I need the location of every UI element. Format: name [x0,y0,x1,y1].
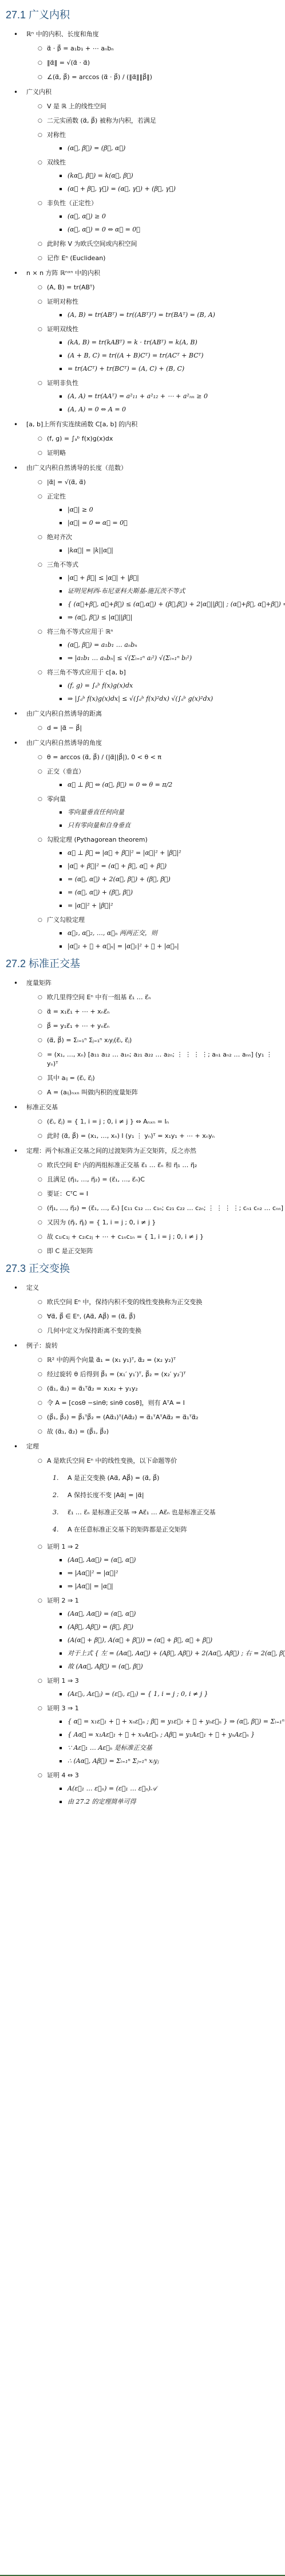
detail-item: (Aε⃗ᵢ, Aε⃗ⱼ) = (ε⃗ᵢ, ε⃗ⱼ) = { 1, i = j ;… [47,1690,285,1699]
formula: (kα⃗, β⃗) = k(α⃗, β⃗) [68,172,133,179]
subtopic-label: (f, g) = ∫ₐᵇ f(x)g(x)dx [47,435,113,442]
subtopic-label: 证明对称性 [47,298,78,305]
detail-item: = |α⃗|² + |β⃗|² [47,901,285,910]
subtopic-label: 正交（垂直） [47,768,85,775]
numbered-item-text: A 在任意标准正交基下的矩阵都是正交矩阵 [68,1526,187,1533]
subtopic-label: ∀α⃗, β⃗ ∈ Eⁿ, (Aα⃗, Aβ⃗) = (α⃗, β⃗) [47,1313,136,1320]
detail-item: (A, A) = 0 ⇔ A = 0 [47,405,285,414]
formula: A(ε⃗₁ … ε⃗ₙ) = (ε⃗₁ … ε⃗ₙ)𝒜 [68,1785,156,1792]
subtopic-label: 欧几里得空间 Eⁿ 中有一组基 ε⃗₁ … ε⃗ₙ [47,994,151,1001]
formula: |α⃗₁ + ⋯ + α⃗ₙ| = |α⃗₁|² + ⋯ + |α⃗ₙ| [68,943,179,950]
subtopic-item: 证明对称性(A, B) = tr(ABᵀ) = tr((ABᵀ)ᵀ) = tr(… [26,297,285,320]
subtopic-item: ∀α⃗, β⃗ ∈ Eⁿ, (Aα⃗, Aβ⃗) = (α⃗, β⃗) [26,1312,285,1321]
subtopic-list: |α⃗| = √(α⃗, α⃗)正定性|α⃗| ≥ 0|α⃗| = 0 ⇔ α⃗… [26,478,285,704]
subtopic-item: 欧氏空间 Eⁿ 中，保持内积不变的线性变换称为正交变换 [26,1298,285,1307]
detail-list: A(ε⃗₁ … ε⃗ₙ) = (ε⃗₁ … ε⃗ₙ)𝒜由 27.2 的定理简单可… [47,1784,285,1807]
formula: ⇒ |Aα⃗|² = |α⃗|² [68,1569,118,1577]
subtopic-list: (ε⃗ᵢ, ε⃗ⱼ) = { 1, i = j ; 0, i ≠ j } ⇔ A… [26,1117,285,1141]
subtopic-item: = (x₁, …, xₙ) [a₁₁ a₁₂ … a₁ₙ; a₂₁ a₂₂ … … [26,1050,285,1069]
formula: = tr(ACᵀ) + tr(BCᵀ) = (A, C) + (B, C) [68,365,184,372]
formula: (Aε⃗ᵢ, Aε⃗ⱼ) = (ε⃗ᵢ, ε⃗ⱼ) = { 1, i = j ;… [68,1690,208,1698]
detail-item: (α⃗, α⃗) ≥ 0 [47,212,285,221]
detail-item: (kα⃗, β⃗) = k(α⃗, β⃗) [47,171,285,180]
subtopic-label: 对称性 [47,131,66,139]
subtopic-item: 证明非负性(A, A) = tr(AAᵀ) = a²₁₁ + a²₁₂ + ⋯ … [26,379,285,414]
subtopic-item: 广义勾股定理α⃗₁, α⃗₂, …, α⃗ₙ 两两正交，则|α⃗₁ + ⋯ + … [26,916,285,951]
topic-label: 度量矩阵 [26,979,52,987]
formula: { (α⃗+β⃗, α⃗+β⃗) ≤ (α⃗,α⃗) + (β⃗,β⃗) + 2… [68,600,285,608]
subtopic-label: (α⃗, β⃗) = Σᵢ₌₁ⁿ Σⱼ₌₁ⁿ xᵢyⱼ(ε⃗ᵢ, ε⃗ⱼ) [47,1036,132,1044]
detail-item: 故 (Aα⃗, Aβ⃗) = (α⃗, β⃗) [47,1662,285,1671]
subtopic-label: 正定性 [47,493,66,500]
detail-list: (Aα⃗, Aα⃗) = (α⃗, α⃗)(Aβ⃗, Aβ⃗) = (β⃗, β… [47,1609,285,1671]
subtopic-item: (α⃗, β⃗) = Σᵢ₌₁ⁿ Σⱼ₌₁ⁿ xᵢyⱼ(ε⃗ᵢ, ε⃗ⱼ) [26,1036,285,1045]
subtopic-item: 且满足 (η⃗₁, …, η⃗₂) = (ε⃗₁, …, ε⃗ₙ)C [26,1175,285,1184]
subtopic-item: (ε⃗ᵢ, ε⃗ⱼ) = { 1, i = j ; 0, i ≠ j } ⇔ A… [26,1117,285,1126]
detail-item: (f, g) = ∫ₐᵇ f(x)g(x)dx [47,681,285,690]
subtopic-label: 三角不等式 [47,561,78,568]
subtopic-item: 正定性|α⃗| ≥ 0|α⃗| = 0 ⇔ α⃗ = 0⃗ [26,492,285,528]
subtopic-list: 欧氏空间 Eⁿ 内的两组标准正交基 ε⃗₁ … ε⃗ₙ 和 η⃗₁ … η⃗₂且… [26,1161,285,1256]
detail-list: (Aα⃗, Aα⃗) = (α⃗, α⃗)⇒ |Aα⃗|² = |α⃗|²⇒ |… [47,1556,285,1591]
subtopic-item: 绝对齐次|kα⃗| = |k||α⃗| [26,533,285,555]
subtopic-label: 经过旋转 θ 后得到 β⃗₁ = (x₁′ y₁′)ᵀ, β⃗₂ = (x₂′ … [47,1371,186,1378]
subtopic-label: (A, B) = tr(ABᵀ) [47,284,95,291]
subtopic-item: 即 C 是正交矩阵 [26,1247,285,1256]
formula: (kA, B) = tr(kABᵀ) = k · tr(ABᵀ) = k(A, … [68,339,197,346]
detail-item: 零向量垂直任何向量 [47,808,285,817]
subtopic-list: A 是欧氏空间 Eⁿ 中的线性变换，以下命题等价1.A 是正交变换 (Aα⃗, … [26,1456,285,1807]
subtopic-item: 非负性（正定性）(α⃗, α⃗) ≥ 0(α⃗, α⃗) = 0 ⇔ α⃗ = … [26,199,285,234]
subtopic-item: θ = arccos (α⃗, β⃗) / (|α⃗||β⃗|), 0 < θ … [26,753,285,762]
detail-item: { (α⃗+β⃗, α⃗+β⃗) ≤ (α⃗,α⃗) + (β⃗,β⃗) + 2… [47,600,285,609]
subtopic-list: V 是 ℝ 上的线性空间二元实函数 (α⃗, β⃗) 被称为内积，若满足对称性(… [26,102,285,263]
subtopic-label: 二元实函数 (α⃗, β⃗) 被称为内积，若满足 [47,117,156,124]
subtopic-label: α⃗ = x₁ε⃗₁ + ⋯ + xₙε⃗ₙ [47,1008,109,1015]
detail-list: (Aε⃗ᵢ, Aε⃗ⱼ) = (ε⃗ᵢ, ε⃗ⱼ) = { 1, i = j ;… [47,1690,285,1699]
subtopic-item: 证明 1 ⇒ 2(Aα⃗, Aα⃗) = (α⃗, α⃗)⇒ |Aα⃗|² = … [26,1542,285,1591]
subtopic-item: 其中 aᵢⱼ = (ε⃗ᵢ, ε⃗ⱼ) [26,1074,285,1083]
formula: (A + B, C) = tr((A + B)Cᵀ) = tr(ACᵀ + BC… [68,352,204,359]
formula: 零向量垂直任何向量 [68,808,124,816]
subtopic-label: α⃗ · β⃗ = a₁b₁ + ⋯ aₙbₙ [47,45,114,52]
detail-item: ⇒ |Aα⃗| = |α⃗| [47,1582,285,1591]
subtopic-label: 且满足 (η⃗₁, …, η⃗₂) = (ε⃗₁, …, ε⃗ₙ)C [47,1176,145,1183]
subtopic-label: 其中 aᵢⱼ = (ε⃗ᵢ, ε⃗ⱼ) [47,1074,95,1082]
detail-item: (α⃗, α⃗) = 0 ⇔ α⃗ = 0⃗ [47,225,285,234]
detail-list: (α⃗, α⃗) ≥ 0(α⃗, α⃗) = 0 ⇔ α⃗ = 0⃗ [47,212,285,234]
topic-list: 定义欧氏空间 Eⁿ 中，保持内积不变的线性变换称为正交变换∀α⃗, β⃗ ∈ E… [6,1283,285,1807]
subtopic-label: 广义勾股定理 [47,916,85,924]
subtopic-item: 欧几里得空间 Eⁿ 中有一组基 ε⃗₁ … ε⃗ₙ [26,993,285,1002]
numbered-item: 3.ε⃗₁ … ε⃗ₙ 是标准正交基 ⇒ Aε⃗₁ … Aε⃗ₙ 也是标准正交基 [47,1508,285,1517]
subtopic-label: (β⃗₁, β⃗₂) = β⃗₁ᵀβ⃗₂ = (Aα⃗₁)ᵀ(Aα⃗₂) = α… [47,1413,199,1421]
subtopic-item: 此时称 V 为欧氏空间或内积空间 [26,239,285,249]
subtopic-item: 此时 (α⃗, β⃗) = (x₁, …, xₙ) I (y₁ ⋮ yₙ)ᵀ =… [26,1132,285,1141]
subtopic-label: 证明非负性 [47,379,78,387]
formula: (α⃗ + β⃗, γ⃗) = (α⃗, γ⃗) + (β⃗, γ⃗) [68,185,176,193]
subtopic-item: 证明 4 ⇔ 3A(ε⃗₁ … ε⃗ₙ) = (ε⃗₁ … ε⃗ₙ)𝒜由 27.… [26,1771,285,1807]
detail-item: |α⃗ + β⃗| ≤ |α⃗| + |β⃗| [47,574,285,583]
detail-item: α⃗ ⊥ β⃗ ⇔ (α⃗, β⃗) = 0 ⇔ θ = π/2 [47,780,285,790]
formula: = (α⃗, α⃗) + (β⃗, β⃗) [68,889,133,896]
detail-item: (A + B, C) = tr((A + B)Cᵀ) = tr(ACᵀ + BC… [47,351,285,360]
subtopic-item: 正交（垂直）α⃗ ⊥ β⃗ ⇔ (α⃗, β⃗) = 0 ⇔ θ = π/2 [26,767,285,790]
detail-item: ∴ (Aα⃗, Aβ⃗) = Σᵢ₌₁ⁿ Σⱼ₌₁ⁿ xᵢyⱼ [47,1757,285,1766]
subtopic-list: α⃗ · β⃗ = a₁b₁ + ⋯ aₙbₙ‖α⃗‖ = √(α⃗ · α⃗)… [26,44,285,82]
detail-list: (α⃗, β⃗) = (β⃗, α⃗) [47,144,285,153]
subtopic-label: 证明 3 ⇒ 1 [47,1705,79,1712]
subtopic-label: (α⃗₁, α⃗₂) = α⃗₁ᵀα⃗₂ = x₁x₂ + y₁y₂ [47,1385,138,1392]
subtopic-label: 此时称 V 为欧氏空间或内积空间 [47,240,137,248]
subtopic-label: 勾股定理 (Pythagorean theorem) [47,836,148,843]
formula: α⃗₁, α⃗₂, …, α⃗ₙ 两两正交，则 [68,929,157,937]
topic-label: 定义 [26,1284,39,1291]
detail-list: 零向量垂直任何向量只有零向量和自身垂直 [47,808,285,830]
subtopic-item: 记作 Eⁿ (Euclidean) [26,254,285,263]
detail-item: (α⃗, β⃗) = a₁b₁ … aₙbₙ [47,641,285,650]
subtopic-item: β⃗ = y₁ε⃗₁ + ⋯ + yₙε⃗ₙ [26,1022,285,1031]
section-heading: 27.1 广义内积 [6,8,285,22]
subtopic-label: θ = arccos (α⃗, β⃗) / (|α⃗||β⃗|), 0 < θ … [47,753,161,761]
formula: 故 (Aα⃗, Aβ⃗) = (α⃗, β⃗) [68,1663,143,1670]
formula: (A, B) = tr(ABᵀ) = tr((ABᵀ)ᵀ) = tr(BAᵀ) … [68,311,215,319]
subtopic-item: 证明 1 ⇒ 3(Aε⃗ᵢ, Aε⃗ⱼ) = (ε⃗ᵢ, ε⃗ⱼ) = { 1,… [26,1676,285,1699]
topic-label: 由广义内积自然诱导的角度 [26,739,102,747]
subtopic-item: (f, g) = ∫ₐᵇ f(x)g(x)dx [26,434,285,443]
subtopic-label: = (x₁, …, xₙ) [a₁₁ a₁₂ … a₁ₙ; a₂₁ a₂₂ … … [47,1051,272,1067]
formula: = |α⃗|² + |β⃗|² [68,902,113,909]
subtopic-item: d = |α⃗ − β⃗| [26,724,285,733]
subtopic-label: 此时 (α⃗, β⃗) = (x₁, …, xₙ) I (y₁ ⋮ yₙ)ᵀ =… [47,1132,215,1140]
subtopic-label: ℝ² 中的两个向量 α⃗₁ = (x₁ y₁)ᵀ, α⃗₂ = (x₂ y₂)ᵀ [47,1356,176,1364]
subtopic-label: 证明 2 ⇒ 1 [47,1597,79,1604]
document: 27.1 广义内积ℝⁿ 中的内积、长度和角度α⃗ · β⃗ = a₁b₁ + ⋯… [0,0,285,1807]
numbered-item: 4.A 在任意标准正交基下的矩阵都是正交矩阵 [47,1525,285,1534]
formula: (A(α⃗ + β⃗), A(α⃗ + β⃗)) = (α⃗ + β⃗, α⃗ … [68,1636,212,1644]
detail-item: (A, B) = tr(ABᵀ) = tr((ABᵀ)ᵀ) = tr(BAᵀ) … [47,311,285,320]
formula: = (α⃗, α⃗) + 2(α⃗, β⃗) + (β⃗, β⃗) [68,875,171,883]
detail-item: (A(α⃗ + β⃗), A(α⃗ + β⃗)) = (α⃗ + β⃗, α⃗ … [47,1636,285,1645]
formula: |α⃗ + β⃗| ≤ |α⃗| + |β⃗| [68,574,139,582]
subtopic-item: 三角不等式|α⃗ + β⃗| ≤ |α⃗| + |β⃗|证明见柯西-布尼亚科夫斯… [26,560,285,622]
formula: |α⃗| ≥ 0 [68,506,93,513]
subtopic-label: 要证：CᵀC = I [47,1190,88,1197]
subtopic-item: 将三角不等式应用于 c[a, b](f, g) = ∫ₐᵇ f(x)g(x)dx… [26,668,285,704]
topic-label: [a, b]上所有实连续函数 C[a, b] 的内积 [26,421,137,428]
detail-item: ⇒ |∫ₐᵇ f(x)g(x)dx| ≤ √(∫ₐᵇ f(x)²dx) √(∫ₐ… [47,694,285,704]
topic-label: 定理：两个标准正交基之间的过渡矩阵为正交矩阵，反之亦然 [26,1147,196,1155]
detail-item: (Aα⃗, Aα⃗) = (α⃗, α⃗) [47,1556,285,1565]
detail-list: |kα⃗| = |k||α⃗| [47,546,285,555]
item-number: 2. [53,1491,59,1500]
detail-item: 证明见柯西-布尼亚科夫斯基-施瓦茨不等式 [47,587,285,596]
item-number: 4. [53,1525,59,1534]
item-number: 3. [53,1508,59,1517]
detail-list: (kA, B) = tr(kABᵀ) = k · tr(ABᵀ) = k(A, … [47,338,285,374]
topic-label: n × n 方阵 ℝⁿˣⁿ 中的内积 [26,269,100,277]
formula: { α⃗ = x₁ε⃗₁ + ⋯ + xₙε⃗ₙ ; β⃗ = y₁ε⃗₁ + … [68,1718,285,1725]
numbered-item-text: ε⃗₁ … ε⃗ₙ 是标准正交基 ⇒ Aε⃗₁ … Aε⃗ₙ 也是标准正交基 [68,1509,216,1516]
detail-item: |kα⃗| = |k||α⃗| [47,546,285,555]
detail-item: α⃗₁, α⃗₂, …, α⃗ₙ 两两正交，则 [47,929,285,938]
subtopic-item: 证明双线性(kA, B) = tr(kABᵀ) = k · tr(ABᵀ) = … [26,325,285,374]
detail-item: |α⃗₁ + ⋯ + α⃗ₙ| = |α⃗₁|² + ⋯ + |α⃗ₙ| [47,942,285,951]
subtopic-label: (ε⃗ᵢ, ε⃗ⱼ) = { 1, i = j ; 0, i ≠ j } ⇔ A… [47,1118,169,1125]
formula: |kα⃗| = |k||α⃗| [68,547,113,554]
detail-item: (α⃗, β⃗) = (β⃗, α⃗) [47,144,285,153]
subtopic-list: (f, g) = ∫ₐᵇ f(x)g(x)dx证明略 [26,434,285,458]
subtopic-label: V 是 ℝ 上的线性空间 [47,103,106,110]
formula: (A, A) = tr(AAᵀ) = a²₁₁ + a²₁₂ + ⋯ + a²ₙ… [68,392,208,400]
subtopic-item: 二元实函数 (α⃗, β⃗) 被称为内积，若满足 [26,116,285,125]
subtopic-item: 又因为 (η⃗ᵢ, η⃗ⱼ) = { 1, i = j ; 0, i ≠ j } [26,1218,285,1227]
topic-item: 由广义内积自然诱导的距离d = |α⃗ − β⃗| [6,709,285,733]
topic-item: ℝⁿ 中的内积、长度和角度α⃗ · β⃗ = a₁b₁ + ⋯ aₙbₙ‖α⃗‖… [6,30,285,82]
subtopic-item: A = (aᵢⱼ)ₙₓₙ 叫做内积的度量矩阵 [26,1088,285,1097]
detail-item: 由 27.2 的定理简单可得 [47,1797,285,1807]
detail-list: |α⃗| ≥ 0|α⃗| = 0 ⇔ α⃗ = 0⃗ [47,505,285,528]
subtopic-label: 证明 4 ⇔ 3 [47,1772,79,1779]
detail-item: { Aα⃗ = x₁Aε⃗₁ + ⋯ + xₙAε⃗ₙ ; Aβ⃗ = y₁Aε… [47,1730,285,1739]
subtopic-label: A = (aᵢⱼ)ₙₓₙ 叫做内积的度量矩阵 [47,1089,138,1096]
subtopic-label: d = |α⃗ − β⃗| [47,724,82,732]
formula: (Aα⃗, Aα⃗) = (α⃗, α⃗) [68,1610,136,1617]
detail-list: (A, B) = tr(ABᵀ) = tr((ABᵀ)ᵀ) = tr(BAᵀ) … [47,311,285,320]
detail-item: ⇒ (α⃗, β⃗) ≤ |α⃗||β⃗| [47,613,285,622]
topic-item: 定理：两个标准正交基之间的过渡矩阵为正交矩阵，反之亦然欧氏空间 Eⁿ 内的两组标… [6,1146,285,1256]
subtopic-label: 证明略 [47,449,66,457]
topic-list: 度量矩阵欧几里得空间 Eⁿ 中有一组基 ε⃗₁ … ε⃗ₙα⃗ = x₁ε⃗₁ … [6,979,285,1256]
formula: { Aα⃗ = x₁Aε⃗₁ + ⋯ + xₙAε⃗ₙ ; Aβ⃗ = y₁Aε… [68,1731,255,1738]
detail-item: ⇒ |a₁b₁ … aₙbₙ| ≤ √(Σᵢ₌₁ⁿ aᵢ²) √(Σᵢ₌₁ⁿ b… [47,654,285,663]
subtopic-label: 证明 1 ⇒ 2 [47,1543,79,1550]
subtopic-label: β⃗ = y₁ε⃗₁ + ⋯ + yₙε⃗ₙ [47,1022,109,1030]
detail-list: (α⃗, β⃗) = a₁b₁ … aₙbₙ⇒ |a₁b₁ … aₙbₙ| ≤ … [47,641,285,663]
subtopic-list: 欧几里得空间 Eⁿ 中有一组基 ε⃗₁ … ε⃗ₙα⃗ = x₁ε⃗₁ + ⋯ … [26,993,285,1097]
topic-label: 由广义内积自然诱导的距离 [26,710,102,717]
subtopic-item: 欧氏空间 Eⁿ 内的两组标准正交基 ε⃗₁ … ε⃗ₙ 和 η⃗₁ … η⃗₂ [26,1161,285,1170]
detail-item: ∵ Aε⃗₁ … Aε⃗ₙ 是标准正交基 [47,1743,285,1753]
formula: |α⃗ + β⃗|² = (α⃗ + β⃗, α⃗ + β⃗) [68,862,167,870]
formula: ⇒ |Aα⃗| = |α⃗| [68,1582,113,1590]
subtopic-item: A 是欧氏空间 Eⁿ 中的线性变换，以下命题等价1.A 是正交变换 (Aα⃗, … [26,1456,285,1534]
subtopic-label: 将三角不等式应用于 ℝⁿ [47,628,113,635]
detail-list: (f, g) = ∫ₐᵇ f(x)g(x)dx⇒ |∫ₐᵇ f(x)g(x)dx… [47,681,285,704]
topic-item: [a, b]上所有实连续函数 C[a, b] 的内积(f, g) = ∫ₐᵇ f… [6,420,285,458]
subtopic-item: (α⃗₁, α⃗₂) = α⃗₁ᵀα⃗₂ = x₁x₂ + y₁y₂ [26,1384,285,1393]
subtopic-item: 证明 2 ⇒ 1(Aα⃗, Aα⃗) = (α⃗, α⃗)(Aβ⃗, Aβ⃗) … [26,1596,285,1671]
detail-item: = (α⃗, α⃗) + (β⃗, β⃗) [47,888,285,897]
subtopic-label: 将三角不等式应用于 c[a, b] [47,669,126,676]
topic-list: ℝⁿ 中的内积、长度和角度α⃗ · β⃗ = a₁b₁ + ⋯ aₙbₙ‖α⃗‖… [6,30,285,951]
formula: ⇒ |a₁b₁ … aₙbₙ| ≤ √(Σᵢ₌₁ⁿ aᵢ²) √(Σᵢ₌₁ⁿ b… [68,654,192,662]
subtopic-list: 欧氏空间 Eⁿ 中，保持内积不变的线性变换称为正交变换∀α⃗, β⃗ ∈ Eⁿ,… [26,1298,285,1336]
formula: 由 27.2 的定理简单可得 [68,1798,136,1805]
formula: |α⃗| = 0 ⇔ α⃗ = 0⃗ [68,519,128,527]
topic-item: 标准正交基(ε⃗ᵢ, ε⃗ⱼ) = { 1, i = j ; 0, i ≠ j … [6,1103,285,1141]
item-number: 1. [53,1474,59,1483]
subtopic-item: 几何中定义为保持距离不变的变换 [26,1326,285,1336]
subtopic-item: α⃗ = x₁ε⃗₁ + ⋯ + xₙε⃗ₙ [26,1007,285,1016]
detail-item: = tr(ACᵀ) + tr(BCᵀ) = (A, C) + (B, C) [47,364,285,374]
detail-item: |α⃗| ≥ 0 [47,505,285,515]
section-heading: 27.2 标准正交基 [6,957,285,971]
topic-label: 广义内积 [26,88,52,96]
detail-item: |α⃗| = 0 ⇔ α⃗ = 0⃗ [47,519,285,528]
formula: 证明见柯西-布尼亚科夫斯基-施瓦茨不等式 [68,587,185,595]
detail-item: (Aβ⃗, Aβ⃗) = (β⃗, β⃗) [47,1623,285,1632]
topic-label: 由广义内积自然诱导的长度（范数） [26,464,127,472]
topic-item: 例子：旋转ℝ² 中的两个向量 α⃗₁ = (x₁ y₁)ᵀ, α⃗₂ = (x₂… [6,1341,285,1436]
subtopic-item: 对称性(α⃗, β⃗) = (β⃗, α⃗) [26,131,285,153]
formula: (f, g) = ∫ₐᵇ f(x)g(x)dx [68,682,133,689]
detail-item: 只有零向量和自身垂直 [47,821,285,830]
subtopic-item: 故 (α⃗₁, α⃗₂) = (β⃗₁, β⃗₂) [26,1427,285,1436]
formula: α⃗ ⊥ β⃗ ⇔ (α⃗, β⃗) = 0 ⇔ θ = π/2 [68,781,172,788]
formula: (α⃗, β⃗) = a₁b₁ … aₙbₙ [68,641,137,649]
detail-item: (α⃗ + β⃗, γ⃗) = (α⃗, γ⃗) + (β⃗, γ⃗) [47,184,285,194]
topic-item: 广义内积V 是 ℝ 上的线性空间二元实函数 (α⃗, β⃗) 被称为内积，若满足… [6,88,285,263]
detail-list: α⃗₁, α⃗₂, …, α⃗ₙ 两两正交，则|α⃗₁ + ⋯ + α⃗ₙ| =… [47,929,285,951]
subtopic-list: (A, B) = tr(ABᵀ)证明对称性(A, B) = tr(ABᵀ) = … [26,283,285,414]
subtopic-list: d = |α⃗ − β⃗| [26,724,285,733]
formula: 只有零向量和自身垂直 [68,822,130,829]
subtopic-label: A 是欧氏空间 Eⁿ 中的线性变换，以下命题等价 [47,1457,177,1464]
formula: (α⃗, β⃗) = (β⃗, α⃗) [68,144,125,152]
subtopic-item: 经过旋转 θ 后得到 β⃗₁ = (x₁′ y₁′)ᵀ, β⃗₂ = (x₂′ … [26,1370,285,1379]
subtopic-label: 证明双线性 [47,325,78,333]
subtopic-item: (A, B) = tr(ABᵀ) [26,283,285,292]
subtopic-item: 证明略 [26,449,285,458]
subtopic-label: 令 A = [cosθ −sinθ; sinθ cosθ]，则有 AᵀA = I [47,1399,185,1407]
numbered-item-text: A 保持长度不变 |Aα⃗| = |α⃗| [68,1491,144,1499]
subtopic-item: V 是 ℝ 上的线性空间 [26,102,285,111]
subtopic-item: 双线性(kα⃗, β⃗) = k(α⃗, β⃗)(α⃗ + β⃗, γ⃗) = … [26,158,285,194]
detail-item: { α⃗ = x₁ε⃗₁ + ⋯ + xₙε⃗ₙ ; β⃗ = y₁ε⃗₁ + … [47,1717,285,1726]
detail-list: |α⃗ + β⃗| ≤ |α⃗| + |β⃗|证明见柯西-布尼亚科夫斯基-施瓦茨… [47,574,285,622]
formula: ⇒ (α⃗, β⃗) ≤ |α⃗||β⃗| [68,614,132,621]
subtopic-item: (β⃗₁, β⃗₂) = β⃗₁ᵀβ⃗₂ = (Aα⃗₁)ᵀ(Aα⃗₂) = α… [26,1413,285,1422]
subtopic-label: 记作 Eⁿ (Euclidean) [47,254,105,262]
detail-item: ⇒ |Aα⃗|² = |α⃗|² [47,1569,285,1578]
detail-item: (Aα⃗, Aα⃗) = (α⃗, α⃗) [47,1609,285,1619]
subtopic-list: θ = arccos (α⃗, β⃗) / (|α⃗||β⃗|), 0 < θ … [26,753,285,951]
subtopic-label: 证明 1 ⇒ 3 [47,1677,79,1684]
detail-item: (kA, B) = tr(kABᵀ) = k · tr(ABᵀ) = k(A, … [47,338,285,347]
detail-list: (A, A) = tr(AAᵀ) = a²₁₁ + a²₁₂ + ⋯ + a²ₙ… [47,392,285,414]
subtopic-label: 故 (α⃗₁, α⃗₂) = (β⃗₁, β⃗₂) [47,1428,109,1435]
subtopic-label: 双线性 [47,159,66,166]
subtopic-label: |α⃗| = √(α⃗, α⃗) [47,478,86,486]
subtopic-list: ℝ² 中的两个向量 α⃗₁ = (x₁ y₁)ᵀ, α⃗₂ = (x₂ y₂)ᵀ… [26,1356,285,1436]
formula: (α⃗, α⃗) = 0 ⇔ α⃗ = 0⃗ [68,226,140,233]
section-heading: 27.3 正交变换 [6,1262,285,1275]
numbered-list: 1.A 是正交变换 (Aα⃗, Aβ⃗) = (α⃗, β⃗)2.A 保持长度不… [47,1474,285,1534]
subtopic-label: 故 c₁ᵢc₁ⱼ + c₂ᵢc₂ⱼ + ⋯ + c₁ₙc₁ₙ = { 1, i … [47,1233,204,1240]
subtopic-label: (η⃗₁, …, η⃗₂) = (ε⃗₁, …, ε⃗ₙ) [c₁₁ c₁₂ …… [47,1204,283,1212]
formula: (A, A) = 0 ⇔ A = 0 [68,406,126,413]
topic-item: 由广义内积自然诱导的长度（范数）|α⃗| = √(α⃗, α⃗)正定性|α⃗| … [6,464,285,704]
subtopic-label: 即 C 是正交矩阵 [47,1247,93,1255]
detail-list: α⃗ ⊥ β⃗ ⇔ |α⃗ + β⃗|² = |α⃗|² + |β⃗|²|α⃗ … [47,849,285,910]
detail-item: |α⃗ + β⃗|² = (α⃗ + β⃗, α⃗ + β⃗) [47,862,285,871]
subtopic-item: |α⃗| = √(α⃗, α⃗) [26,478,285,487]
subtopic-item: 勾股定理 (Pythagorean theorem)α⃗ ⊥ β⃗ ⇔ |α⃗ … [26,835,285,910]
detail-list: { α⃗ = x₁ε⃗₁ + ⋯ + xₙε⃗ₙ ; β⃗ = y₁ε⃗₁ + … [47,1717,285,1766]
subtopic-label: 绝对齐次 [47,533,72,541]
subtopic-item: 故 c₁ᵢc₁ⱼ + c₂ᵢc₂ⱼ + ⋯ + c₁ₙc₁ₙ = { 1, i … [26,1232,285,1242]
subtopic-item: 将三角不等式应用于 ℝⁿ(α⃗, β⃗) = a₁b₁ … aₙbₙ⇒ |a₁b… [26,627,285,663]
numbered-item: 2.A 保持长度不变 |Aα⃗| = |α⃗| [47,1491,285,1500]
subtopic-label: ∠(α⃗, β⃗) = arccos (α⃗ · β⃗) / (‖α⃗‖‖β⃗‖… [47,73,152,81]
formula: ⇒ |∫ₐᵇ f(x)g(x)dx| ≤ √(∫ₐᵇ f(x)²dx) √(∫ₐ… [68,695,213,702]
topic-item: 定理A 是欧氏空间 Eⁿ 中的线性变换，以下命题等价1.A 是正交变换 (Aα⃗… [6,1442,285,1807]
topic-label: 标准正交基 [26,1104,58,1111]
detail-item: α⃗ ⊥ β⃗ ⇔ |α⃗ + β⃗|² = |α⃗|² + |β⃗|² [47,849,285,858]
detail-item: (A, A) = tr(AAᵀ) = a²₁₁ + a²₁₂ + ⋯ + a²ₙ… [47,392,285,401]
subtopic-label: 又因为 (η⃗ᵢ, η⃗ⱼ) = { 1, i = j ; 0, i ≠ j } [47,1219,156,1226]
detail-item: A(ε⃗₁ … ε⃗ₙ) = (ε⃗₁ … ε⃗ₙ)𝒜 [47,1784,285,1793]
formula: (Aα⃗, Aα⃗) = (α⃗, α⃗) [68,1556,136,1564]
formula: (Aβ⃗, Aβ⃗) = (β⃗, β⃗) [68,1623,133,1631]
subtopic-item: 令 A = [cosθ −sinθ; sinθ cosθ]，则有 AᵀA = I [26,1399,285,1408]
subtopic-label: 几何中定义为保持距离不变的变换 [47,1327,141,1334]
formula: ∴ (Aα⃗, Aβ⃗) = Σᵢ₌₁ⁿ Σⱼ₌₁ⁿ xᵢyⱼ [68,1757,159,1765]
subtopic-item: α⃗ · β⃗ = a₁b₁ + ⋯ aₙbₙ [26,44,285,53]
subtopic-item: 零向量零向量垂直任何向量只有零向量和自身垂直 [26,795,285,830]
detail-item: 对于上式 { 左 = (Aα⃗, Aα⃗) + (Aβ⃗, Aβ⃗) + 2(A… [47,1649,285,1658]
topic-item: 定义欧氏空间 Eⁿ 中，保持内积不变的线性变换称为正交变换∀α⃗, β⃗ ∈ E… [6,1283,285,1336]
formula: (α⃗, α⃗) ≥ 0 [68,213,106,220]
detail-list: (kα⃗, β⃗) = k(α⃗, β⃗)(α⃗ + β⃗, γ⃗) = (α⃗… [47,171,285,194]
formula: 对于上式 { 左 = (Aα⃗, Aα⃗) + (Aβ⃗, Aβ⃗) + 2(A… [68,1650,285,1657]
numbered-item: 1.A 是正交变换 (Aα⃗, Aβ⃗) = (α⃗, β⃗) [47,1474,285,1483]
subtopic-label: ‖α⃗‖ = √(α⃗ · α⃗) [47,59,90,66]
detail-item: = (α⃗, α⃗) + 2(α⃗, β⃗) + (β⃗, β⃗) [47,875,285,884]
topic-label: 例子：旋转 [26,1342,58,1349]
topic-label: 定理 [26,1443,39,1450]
numbered-item-text: A 是正交变换 (Aα⃗, Aβ⃗) = (α⃗, β⃗) [68,1474,159,1482]
subtopic-item: 证明 3 ⇒ 1{ α⃗ = x₁ε⃗₁ + ⋯ + xₙε⃗ₙ ; β⃗ = … [26,1704,285,1766]
formula: ∵ Aε⃗₁ … Aε⃗ₙ 是标准正交基 [68,1744,152,1752]
subtopic-item: ‖α⃗‖ = √(α⃗ · α⃗) [26,58,285,68]
subtopic-label: 非负性（正定性） [47,199,97,207]
topic-label: ℝⁿ 中的内积、长度和角度 [26,30,99,38]
subtopic-item: 要证：CᵀC = I [26,1189,285,1199]
subtopic-label: 欧氏空间 Eⁿ 中，保持内积不变的线性变换称为正交变换 [47,1298,202,1306]
subtopic-item: (η⃗₁, …, η⃗₂) = (ε⃗₁, …, ε⃗ₙ) [c₁₁ c₁₂ …… [26,1204,285,1213]
subtopic-item: ℝ² 中的两个向量 α⃗₁ = (x₁ y₁)ᵀ, α⃗₂ = (x₂ y₂)ᵀ [26,1356,285,1365]
topic-item: n × n 方阵 ℝⁿˣⁿ 中的内积(A, B) = tr(ABᵀ)证明对称性(… [6,269,285,414]
subtopic-label: 零向量 [47,795,66,803]
subtopic-label: 欧氏空间 Eⁿ 内的两组标准正交基 ε⃗₁ … ε⃗ₙ 和 η⃗₁ … η⃗₂ [47,1161,197,1169]
topic-item: 由广义内积自然诱导的角度θ = arccos (α⃗, β⃗) / (|α⃗||… [6,739,285,951]
detail-list: α⃗ ⊥ β⃗ ⇔ (α⃗, β⃗) = 0 ⇔ θ = π/2 [47,780,285,790]
topic-item: 度量矩阵欧几里得空间 Eⁿ 中有一组基 ε⃗₁ … ε⃗ₙα⃗ = x₁ε⃗₁ … [6,979,285,1097]
formula: α⃗ ⊥ β⃗ ⇔ |α⃗ + β⃗|² = |α⃗|² + |β⃗|² [68,849,181,857]
subtopic-item: ∠(α⃗, β⃗) = arccos (α⃗ · β⃗) / (‖α⃗‖‖β⃗‖… [26,73,285,82]
